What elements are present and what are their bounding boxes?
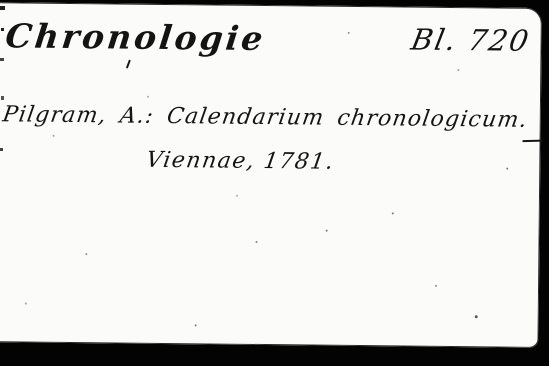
card-heading: Chronologie [3,16,267,58]
scan-speckle [348,32,350,34]
scan-speckle [25,303,27,305]
scan-speckle [0,58,4,61]
scan-speckle [0,6,5,10]
shelf-mark: Bl. 720 [408,23,533,58]
scan-speckle [1,96,4,100]
scan-speckle [255,241,257,243]
scan-speckle [0,148,3,151]
scan-speckle [506,168,508,170]
entry-line-place-year: Viennae, 1781. [144,148,336,175]
scan-speckle [147,96,149,98]
scan-speckle [457,69,459,71]
scan-speckle [475,315,478,318]
pen-flick-stroke [126,60,131,69]
scan-speckle [1,28,4,31]
scan-speckle [53,135,55,137]
catalog-card: Chronologie Bl. 720 Pilgram, A.: Calenda… [0,2,542,348]
scan-speckle [236,195,238,197]
scan-speckle [195,324,197,326]
entry-line-author-title: Pilgram, A.: Calendarium chronologicum. [1,102,530,132]
scan-speckle [435,285,437,287]
scan-speckle [85,253,87,255]
scan-speckle [392,212,394,214]
pen-trail-stroke [523,140,543,142]
scan-background: Chronologie Bl. 720 Pilgram, A.: Calenda… [0,0,549,366]
scan-speckle [326,230,328,232]
left-edge-scan-marks [0,0,6,200]
